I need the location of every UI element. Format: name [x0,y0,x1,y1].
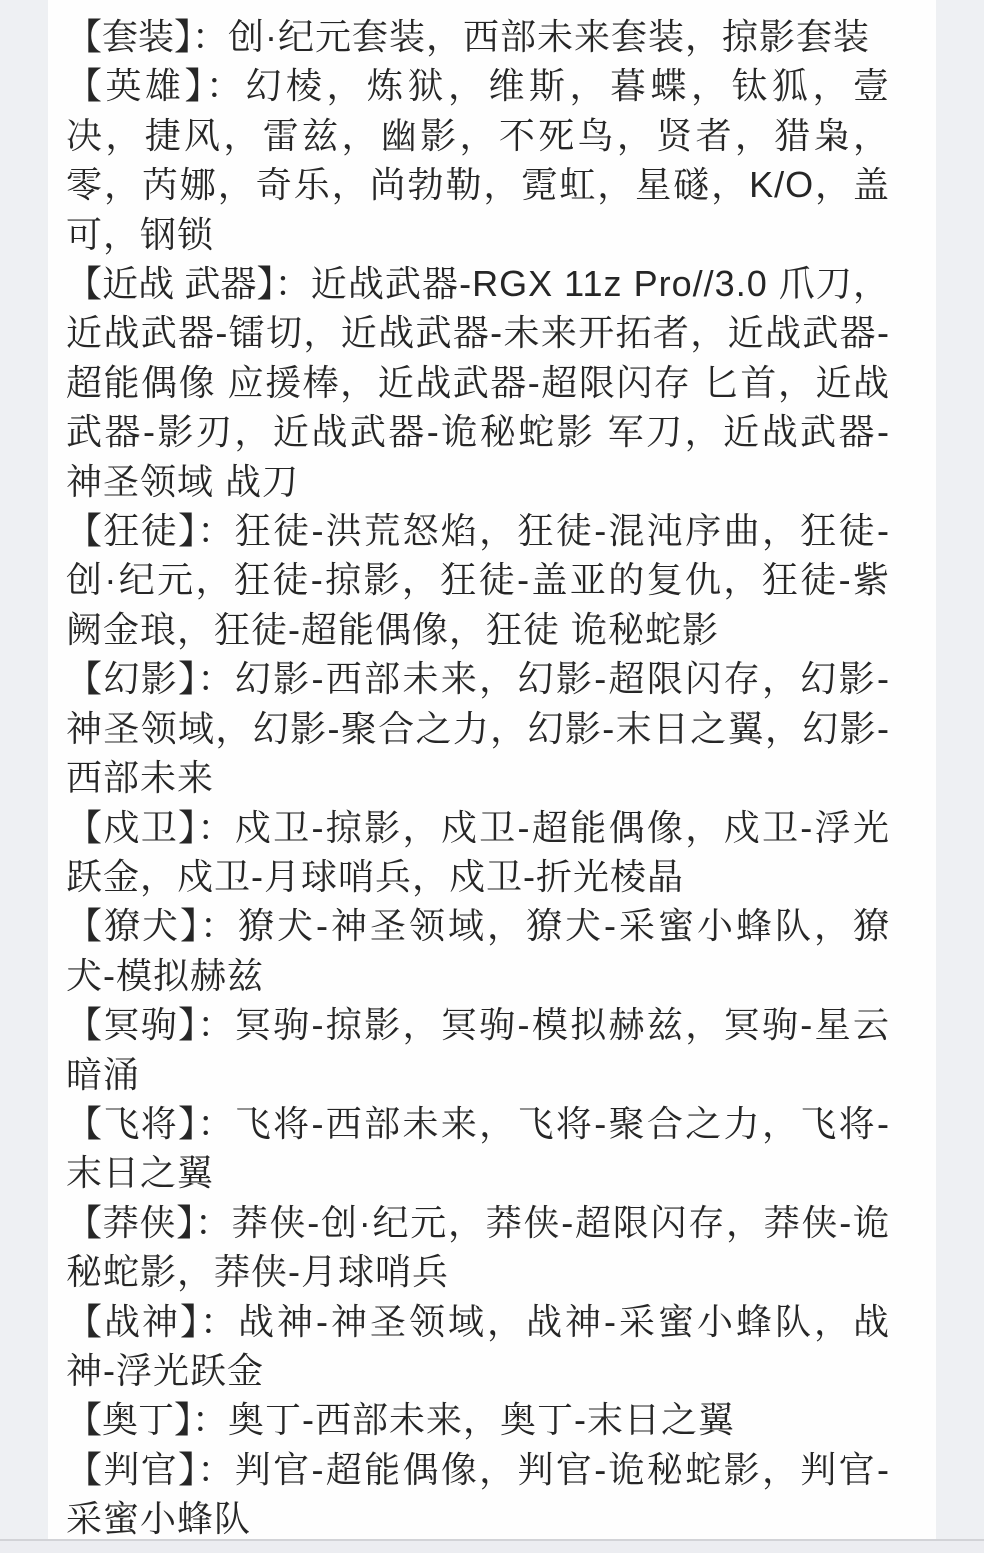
page-background: 【套装】：创·纪元套装，西部未来套装，掠影套装【英雄】：幻棱，炼狱，维斯，暮蝶，… [0,0,984,1553]
section-label: 【英雄】： [66,65,246,106]
section-5: 【幻影】：幻影-西部未来，幻影-超限闪存，幻影-神圣领域，幻影-聚合之力，幻影-… [66,654,890,802]
section-label: 【莽侠】： [66,1202,232,1243]
section-3: 【近战 武器】：近战武器-RGX 11z Pro//3.0 爪刀，近战武器-镭切… [66,259,890,506]
section-list: 【套装】：创·纪元套装，西部未来套装，掠影套装【英雄】：幻棱，炼狱，维斯，暮蝶，… [66,12,890,1544]
section-6: 【戍卫】：戍卫-掠影，戍卫-超能偶像，戍卫-浮光跃金，戍卫-月球哨兵，戍卫-折光… [66,803,890,902]
message-card: 【套装】：创·纪元套装，西部未来套装，掠影套装【英雄】：幻棱，炼狱，维斯，暮蝶，… [48,0,936,1540]
section-4: 【狂徒】：狂徒-洪荒怒焰，狂徒-混沌序曲，狂徒-创·纪元，狂徒-掠影，狂徒-盖亚… [66,506,890,654]
section-12: 【奥丁】：奥丁-西部未来，奥丁-末日之翼 [66,1395,890,1444]
section-label: 【奥丁】： [66,1399,228,1440]
section-7: 【獠犬】：獠犬-神圣领域，獠犬-采蜜小蜂队，獠犬-模拟赫兹 [66,901,890,1000]
section-label: 【判官】： [66,1449,235,1490]
section-items: 奥丁-西部未来，奥丁-末日之翼 [228,1399,735,1440]
bottom-strip [0,1539,984,1553]
section-2: 【英雄】：幻棱，炼狱，维斯，暮蝶，钛狐，壹决，捷风，雷兹，幽影，不死鸟，贤者，猎… [66,61,890,259]
section-label: 【战神】： [66,1301,238,1342]
section-label: 【近战 武器】： [66,263,311,304]
section-8: 【冥驹】：冥驹-掠影，冥驹-模拟赫兹，冥驹-星云暗涌 [66,1000,890,1099]
section-13: 【判官】：判官-超能偶像，判官-诡秘蛇影，判官-采蜜小蜂队 [66,1445,890,1544]
section-label: 【冥驹】： [66,1004,235,1045]
section-label: 【戍卫】： [66,807,235,848]
section-11: 【战神】：战神-神圣领域，战神-采蜜小蜂队，战神-浮光跃金 [66,1297,890,1396]
section-1: 【套装】：创·纪元套装，西部未来套装，掠影套装 [66,12,890,61]
section-label: 【套装】： [66,16,228,57]
section-items: 创·纪元套装，西部未来套装，掠影套装 [228,16,870,57]
section-10: 【莽侠】：莽侠-创·纪元，莽侠-超限闪存，莽侠-诡秘蛇影，莽侠-月球哨兵 [66,1198,890,1297]
section-label: 【幻影】： [66,658,235,699]
section-label: 【飞将】： [66,1103,235,1144]
section-label: 【獠犬】： [66,905,238,946]
section-label: 【狂徒】： [66,510,235,551]
section-9: 【飞将】：飞将-西部未来，飞将-聚合之力，飞将-末日之翼 [66,1099,890,1198]
